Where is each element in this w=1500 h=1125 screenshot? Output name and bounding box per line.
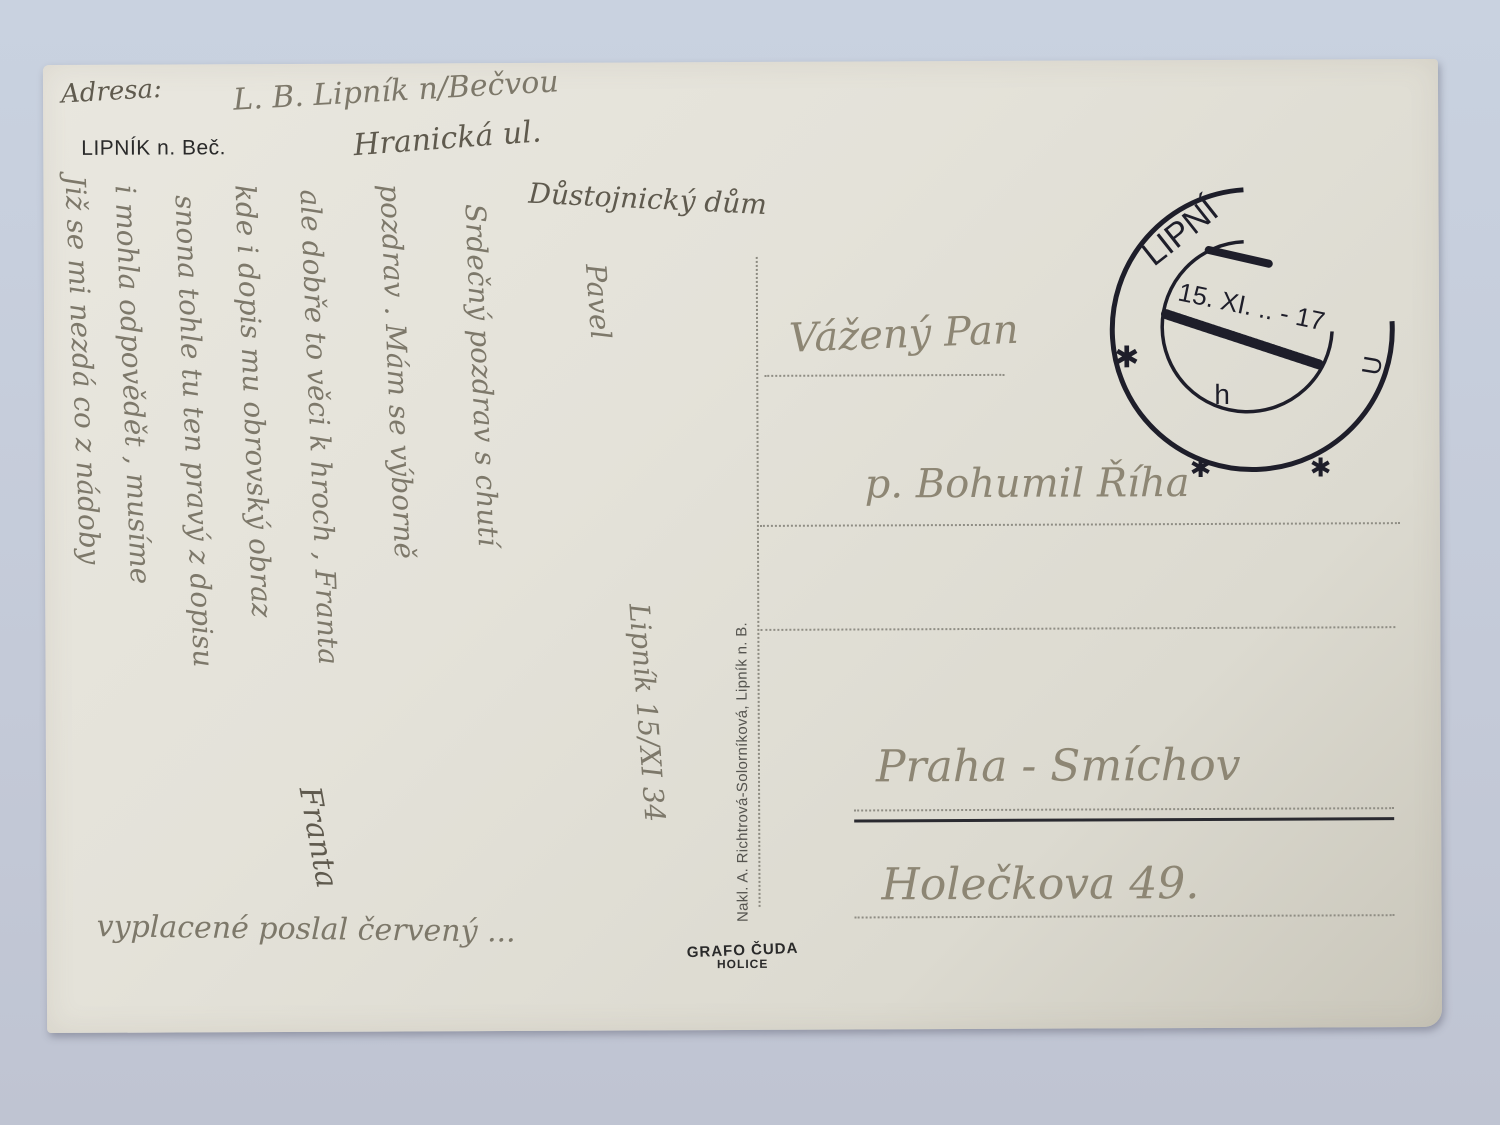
postmark-stamp-icon: LIPNÍ 15. XI. .. - 17 h U ✱ ✱ ✱: [1093, 171, 1414, 492]
address-line-4: [854, 807, 1394, 811]
publisher-imprint: Nakl. A. Richtrová-Solorníková, Lipník n…: [733, 622, 751, 922]
sender-line-2: Hranická ul.: [352, 114, 542, 163]
message-line-8: Pavel: [579, 263, 618, 341]
message-closing: vyplacené poslal červený ...: [96, 909, 515, 949]
svg-text:✱: ✱: [1310, 452, 1332, 482]
recipient-city: Praha - Smíchov: [876, 740, 1241, 793]
message-line-5: ale dobře to věci k hroch , Franta: [293, 189, 345, 666]
printer-mark: GRAFO ČUDA HOLICE: [687, 942, 799, 971]
recipient-street: Holečkova 49.: [881, 858, 1199, 910]
sender-label: Adresa:: [60, 74, 162, 110]
svg-text:h: h: [1214, 379, 1230, 410]
postcard-back: LIPNÍK n. Beč. Nakl. A. Richtrová-Solorn…: [43, 59, 1442, 1033]
message-date: Lipník 15/XI 34: [622, 602, 671, 823]
place-title: LIPNÍK n. Beč.: [81, 136, 226, 161]
address-line-2: [760, 522, 1400, 527]
address-line-1: [764, 374, 1004, 377]
address-line-3: [760, 626, 1395, 631]
message-line-4: kde i dopis mu obrovský obraz: [228, 184, 278, 618]
message-line-1: Již se mi nezdá co z nádoby: [58, 175, 106, 565]
message-line-7: Srdečný pozdrav s chutí: [459, 203, 505, 547]
sender-line-1: L. B. Lipník n/Bečvou: [232, 64, 559, 117]
sender-line-3: Důstojnický dům: [528, 177, 768, 221]
address-underline: [854, 817, 1394, 822]
message-line-3: snona tohle tu ten pravý z dopisu: [168, 194, 220, 668]
address-line-5: [855, 914, 1395, 918]
svg-text:U: U: [1356, 354, 1389, 378]
svg-text:LIPNÍ: LIPNÍ: [1135, 191, 1226, 274]
message-line-2: i mohla odpovědět , musíme: [108, 185, 157, 585]
svg-text:✱: ✱: [1114, 341, 1139, 374]
svg-text:✱: ✱: [1190, 453, 1212, 483]
recipient-name: p. Bohumil Říha: [865, 460, 1190, 507]
vertical-divider: [756, 257, 761, 907]
recipient-salutation: Vážený Pan: [788, 307, 1019, 362]
message-signature: Franta: [292, 784, 345, 891]
message-line-6: pozdrav . Mám se výborně: [373, 183, 421, 559]
